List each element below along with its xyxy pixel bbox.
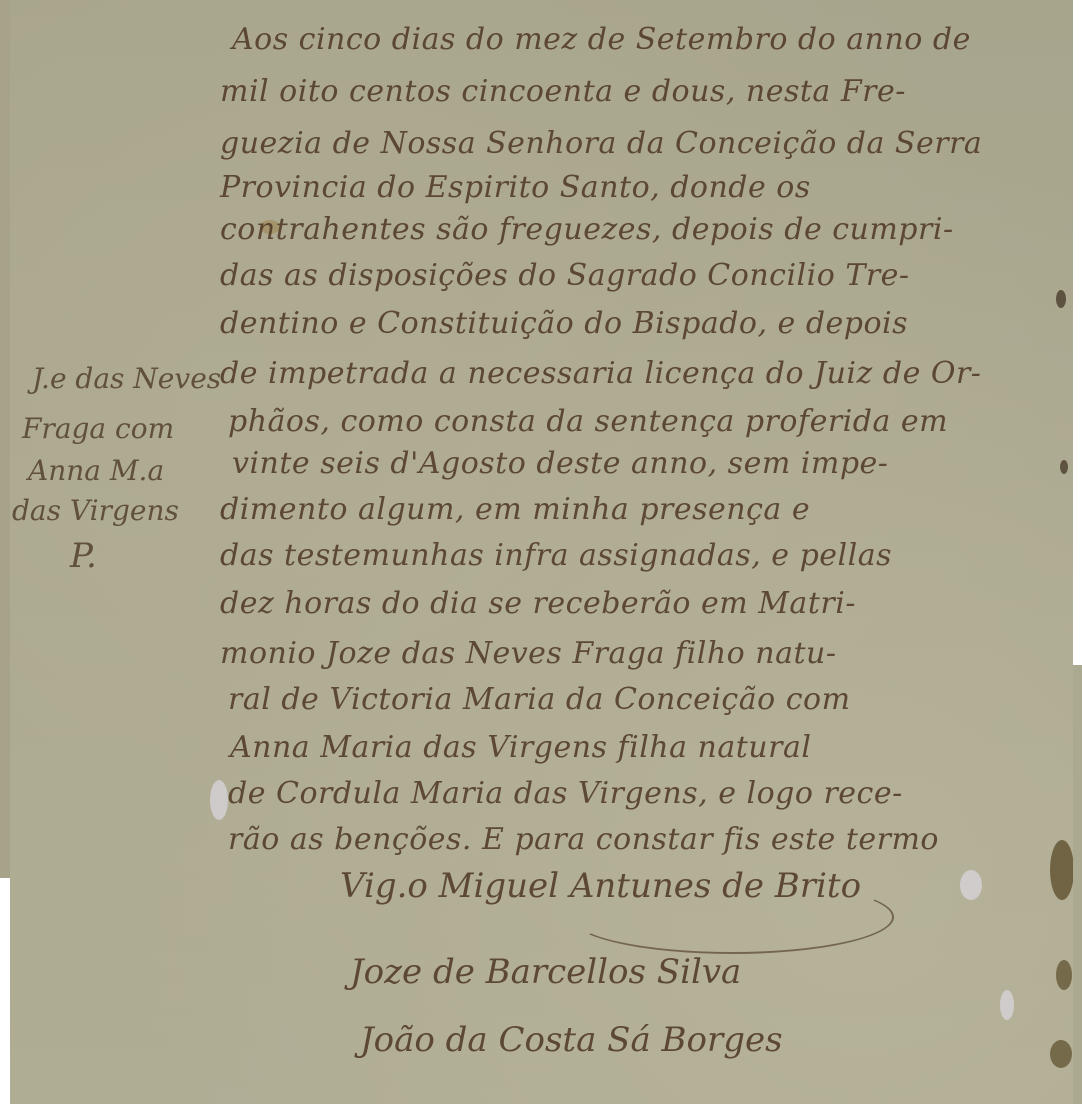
damage-spot (1056, 960, 1072, 990)
paper-chip (1000, 990, 1014, 1020)
record-line: phãos, como consta da sentença proferida… (228, 404, 948, 439)
document-page: J.e das Neves Fraga com Anna M.a das Vir… (10, 0, 1073, 1104)
damage-spot (1050, 1040, 1072, 1068)
record-line: Provincia do Espirito Santo, donde os (220, 170, 811, 205)
margin-note-line: Fraga com (22, 412, 174, 445)
margin-note-line: P. (70, 536, 97, 576)
record-line: dimento algum, em minha presença e (220, 492, 810, 527)
record-line: das as disposições do Sagrado Concilio T… (220, 258, 910, 293)
record-line: de Cordula Maria das Virgens, e logo rec… (228, 776, 903, 811)
signature-flourish (570, 880, 894, 954)
damage-spot (1060, 460, 1068, 474)
record-line: guezia de Nossa Senhora da Conceição da … (220, 126, 982, 161)
damage-spot (1050, 840, 1074, 900)
margin-note-line: das Virgens (12, 494, 179, 527)
margin-note-line: J.e das Neves (32, 362, 221, 395)
record-line: mil oito centos cincoenta e dous, nesta … (220, 74, 906, 109)
margin-note-line: Anna M.a (28, 454, 164, 487)
record-line: dez horas do dia se receberão em Matri- (220, 586, 856, 621)
record-line: vinte seis d'Agosto deste anno, sem impe… (232, 446, 888, 481)
signature-witness-2: João da Costa Sá Borges (360, 1020, 783, 1060)
record-line: contrahentes são freguezes, depois de cu… (220, 212, 954, 247)
paper-chip (210, 780, 228, 820)
record-line: de impetrada a necessaria licença do Jui… (220, 356, 981, 391)
paper-chip (960, 870, 982, 900)
record-line: ral de Victoria Maria da Conceição com (228, 682, 851, 717)
paper-right-edge (1073, 665, 1082, 1104)
record-line: Aos cinco dias do mez de Setembro do ann… (232, 22, 971, 57)
damage-spot (1056, 290, 1066, 308)
paper-left-edge (0, 0, 10, 878)
record-line: das testemunhas infra assignadas, e pell… (220, 538, 892, 573)
signature-witness-1: Joze de Barcellos Silva (350, 952, 741, 992)
record-line: rão as benções. E para constar fis este … (228, 822, 939, 857)
record-line: Anna Maria das Virgens filha natural (230, 730, 811, 765)
record-line: monio Joze das Neves Fraga filho natu- (220, 636, 836, 671)
record-line: dentino e Constituição do Bispado, e dep… (220, 306, 908, 341)
